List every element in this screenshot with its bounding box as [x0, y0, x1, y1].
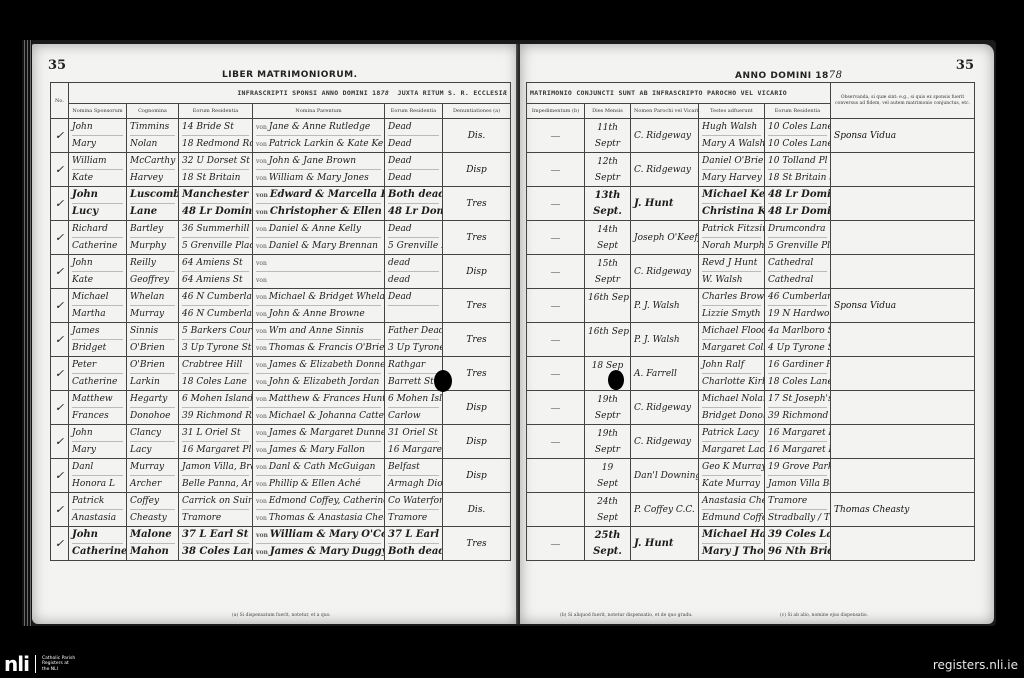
- entry-tick: ✓: [51, 187, 69, 221]
- observations-cell: [831, 391, 975, 425]
- bride-surname: Murphy: [130, 238, 175, 254]
- observations-cell: [831, 459, 975, 493]
- groom-parents: vonWm and Anne Sinnis: [256, 323, 381, 340]
- witness-2: W. Walsh: [702, 272, 761, 288]
- witness-2-residence: 96 Nth Bride St: [768, 544, 827, 560]
- groom-residence: 14 Bride St: [182, 119, 249, 136]
- date-cell: 12thSeptr: [585, 153, 631, 187]
- witnesses-cell: Geo K MurrayKate Murray: [699, 459, 765, 493]
- bride-parents: von: [256, 272, 381, 288]
- priest-name: P. J. Walsh: [634, 324, 695, 356]
- entry-tick: ✓: [51, 323, 69, 357]
- groom-parents-residence: Co Waterford: [388, 493, 439, 510]
- register-entry: 19SeptDan'l Downing, Dispensation a Paro…: [527, 459, 975, 493]
- given-names-cell: JamesBridget: [69, 323, 127, 357]
- given-names-cell: PeterCatherine: [69, 357, 127, 391]
- left-banner: INFRASCRIPTI SPONSI ANNO DOMINI 1878 JUX…: [69, 83, 511, 104]
- groom-parents-residence: Both dead: [388, 187, 439, 204]
- witness-2-residence: 16 Margaret Pl: [768, 442, 827, 458]
- witness-1: Patrick Fitzsimons: [702, 221, 761, 238]
- witness-1: Michael Nolan: [702, 391, 761, 408]
- priest-cell: P. J. Walsh: [631, 323, 699, 357]
- bride-parents-residence: 16 Margaret Pl: [388, 442, 439, 458]
- witness-2: Bridget Donohoe: [702, 408, 761, 424]
- col-header-observations: Observanda, si quæ sint: e.g., si quis e…: [831, 83, 975, 119]
- date-day: 11th: [588, 120, 627, 136]
- parents-residence-cell: Co WaterfordTramore: [385, 493, 443, 527]
- bride-parents-residence: Armagh Dio.: [388, 476, 439, 492]
- register-entry: —11thSeptrC. RidgewayHugh WalshMary A Wa…: [527, 119, 975, 153]
- priest-cell: J. Hunt: [631, 527, 699, 561]
- nli-logo: nli: [4, 654, 29, 674]
- priest-cell: P. J. Walsh: [631, 289, 699, 323]
- groom-parents-residence: 6 Mohen Island: [388, 391, 439, 408]
- priest-cell: C. Ridgeway: [631, 153, 699, 187]
- document-viewer: 35 LIBER MATRIMONIORUM. No. INFRASCRIPTI…: [0, 0, 1024, 678]
- groom-surname: Malone: [130, 527, 175, 544]
- given-names-cell: PatrickAnastasia: [69, 493, 127, 527]
- groom-residence: 6 Mohen Island: [182, 391, 249, 408]
- col-header-priest: Nomen Parochi vel Vicarii (c): [631, 104, 699, 119]
- residence-cell: 36 Summerhill Parade5 Grenville Place: [179, 221, 253, 255]
- date-month: Sept.: [588, 544, 627, 560]
- date-month: Sept.: [588, 204, 627, 220]
- groom-parents-residence: dead: [388, 255, 439, 272]
- residence-cell: 31 L Oriel St16 Margaret Pl: [179, 425, 253, 459]
- groom-parents: vonMichael & Bridget Whelan: [256, 289, 381, 306]
- parents-cell: vonDanl & Cath McGuiganvonPhillip & Elle…: [253, 459, 385, 493]
- bride-given-name: Catherine: [72, 544, 123, 560]
- witnesses-cell: Revd J HuntW. Walsh: [699, 255, 765, 289]
- given-names-cell: JohnLucy: [69, 187, 127, 221]
- groom-given-name: Matthew: [72, 391, 123, 408]
- witnesses-cell: Patrick LacyMargaret Lacy: [699, 425, 765, 459]
- register-entry: —19thSeptrC. RidgewayMichael NolanBridge…: [527, 391, 975, 425]
- given-names-cell: MichaelMartha: [69, 289, 127, 323]
- entry-tick: ✓: [51, 289, 69, 323]
- priest-name: P. Coffey C.C. Tramore: [634, 494, 695, 526]
- date-month: Sept: [588, 476, 627, 492]
- surnames-cell: ClancyLacy: [127, 425, 179, 459]
- right-banner: MATRIMONIO CONJUNCTI SUNT AB INFRASCRIPT…: [527, 83, 831, 104]
- register-entry: ✓JohnLucyLuscombeLaneManchester48 Lr Dom…: [51, 187, 511, 221]
- bride-residence: 16 Margaret Pl: [182, 442, 249, 458]
- witness-2-residence: 18 Coles Lane: [768, 374, 827, 390]
- parents-residence-cell: 6 Mohen IslandCarlow: [385, 391, 443, 425]
- bride-parents-residence: 3 Up Tyrone St: [388, 340, 439, 356]
- observations-cell: [831, 527, 975, 561]
- groom-given-name: James: [72, 323, 123, 340]
- bride-surname: Nolan: [130, 136, 175, 152]
- bride-surname: Geoffrey: [130, 272, 175, 288]
- witness-2: Kate Murray: [702, 476, 761, 492]
- bride-parents: vonMichael & Johanna Cattell: [256, 408, 381, 424]
- witness-2: Mary Harvey: [702, 170, 761, 186]
- witness-2-residence: Jamon Villa Belfast: [768, 476, 827, 492]
- surnames-cell: MurrayArcher: [127, 459, 179, 493]
- groom-surname: Bartley: [130, 221, 175, 238]
- parents-residence-cell: DeadDead: [385, 153, 443, 187]
- right-footnote-c: (c) Si ab alio, nomine ejus dispensatio.: [780, 613, 868, 618]
- impediment-cell: —: [527, 425, 585, 459]
- impediment-cell: —: [527, 221, 585, 255]
- groom-given-name: John: [72, 425, 123, 442]
- impediment-cell: —: [527, 187, 585, 221]
- witness-1: Michael Flood: [702, 323, 761, 340]
- bride-given-name: Mary: [72, 442, 123, 458]
- date-month: Septr: [588, 442, 627, 458]
- witness-residence-cell: 39 Coles Lane96 Nth Bride St: [765, 527, 831, 561]
- groom-parents: vonEdward & Marcella Byrne: [256, 187, 381, 204]
- banns-cell: Dis.: [443, 493, 511, 527]
- priest-cell: A. Farrell: [631, 357, 699, 391]
- witness-1-residence: 39 Coles Lane: [768, 527, 827, 544]
- residence-cell: Manchester48 Lr Dominick St: [179, 187, 253, 221]
- left-page: 35 LIBER MATRIMONIORUM. No. INFRASCRIPTI…: [32, 44, 518, 624]
- banns-cell: Tres: [443, 289, 511, 323]
- parents-cell: vonJane & Anne RutledgevonPatrick Larkin…: [253, 119, 385, 153]
- witness-1: Geo K Murray: [702, 459, 761, 476]
- register-book-spread: 35 LIBER MATRIMONIORUM. No. INFRASCRIPTI…: [22, 40, 996, 626]
- impediment-cell: [527, 459, 585, 493]
- parents-cell: vonDaniel & Anne KellyvonDaniel & Mary B…: [253, 221, 385, 255]
- register-entry: —18 SepA. FarrellJohn RalfCharlotte Kirb…: [527, 357, 975, 391]
- witness-2: Lizzie Smyth: [702, 306, 761, 322]
- bride-residence: 18 Coles Lane: [182, 374, 249, 390]
- banns-cell: Tres: [443, 323, 511, 357]
- brand-divider: [35, 655, 36, 673]
- surnames-cell: LuscombeLane: [127, 187, 179, 221]
- groom-given-name: Michael: [72, 289, 123, 306]
- impediment-cell: —: [527, 357, 585, 391]
- witness-1: Charles Browne: [702, 289, 761, 306]
- priest-cell: Dan'l Downing, Dispensation a Parochi Ar…: [631, 459, 699, 493]
- banns-cell: Disp: [443, 255, 511, 289]
- parents-cell: vonWm and Anne SinnisvonThomas & Francis…: [253, 323, 385, 357]
- bride-residence: Belle Panna, Armagh: [182, 476, 249, 492]
- register-entry: —12thSeptrC. RidgewayDaniel O'BrienMary …: [527, 153, 975, 187]
- right-page-number: 35: [956, 58, 974, 73]
- witness-2: Norah Murphy: [702, 238, 761, 254]
- number-column-header: No.: [51, 83, 69, 119]
- bride-residence: 3 Up Tyrone St: [182, 340, 249, 356]
- banns-cell: Tres: [443, 187, 511, 221]
- residence-cell: Crabtree Hill18 Coles Lane: [179, 357, 253, 391]
- surnames-cell: TimminsNolan: [127, 119, 179, 153]
- observations-cell: [831, 153, 975, 187]
- witness-1-residence: 10 Tolland Pl: [768, 153, 827, 170]
- parents-residence-cell: deaddead: [385, 255, 443, 289]
- groom-given-name: John: [72, 187, 123, 204]
- brand-tagline: Catholic Parish Registers at the NLI: [42, 656, 76, 673]
- date-month: Septr: [588, 408, 627, 424]
- bride-parents: vonDaniel & Mary Brennan: [256, 238, 381, 254]
- witness-1: Michael Harvey: [702, 527, 761, 544]
- groom-surname: Whelan: [130, 289, 175, 306]
- groom-parents-residence: Dead: [388, 153, 439, 170]
- date-day: 16th Sep: [588, 290, 627, 306]
- register-entry: ✓JohnMaryClancyLacy31 L Oriel St16 Marga…: [51, 425, 511, 459]
- witness-2-residence: 5 Grenville Place: [768, 238, 827, 254]
- banns-cell: Tres: [443, 527, 511, 561]
- priest-cell: P. Coffey C.C. Tramore: [631, 493, 699, 527]
- residence-cell: 14 Bride St18 Redmond Row: [179, 119, 253, 153]
- surnames-cell: McCarthyHarvey: [127, 153, 179, 187]
- entry-tick: ✓: [51, 425, 69, 459]
- entry-tick: ✓: [51, 221, 69, 255]
- groom-parents-residence: Rathgar: [388, 357, 439, 374]
- priest-name: J. Hunt: [634, 188, 695, 220]
- bride-given-name: Honora L: [72, 476, 123, 492]
- parents-cell: vonMatthew & Frances HuntvonMichael & Jo…: [253, 391, 385, 425]
- given-names-cell: JohnKate: [69, 255, 127, 289]
- groom-parents-residence: Dead: [388, 221, 439, 238]
- bride-parents-residence: 5 Grenville Place: [388, 238, 439, 254]
- bride-given-name: Kate: [72, 272, 123, 288]
- bride-given-name: Catherine: [72, 238, 123, 254]
- witnesses-cell: Michael FloodMargaret Colleton: [699, 323, 765, 357]
- witness-residence-cell: 10 Coles Lane10 Coles Lane: [765, 119, 831, 153]
- bride-parents: vonThomas & Anastasia Cheasty, Bridget R…: [256, 510, 381, 526]
- witness-1-residence: 16 Gardiner Pl: [768, 357, 827, 374]
- priest-name: Dan'l Downing, Dispensation a Parochi Ar…: [634, 460, 695, 492]
- groom-residence: Crabtree Hill: [182, 357, 249, 374]
- date-day: 15th: [588, 256, 627, 272]
- register-entry: —25thSept.J. HuntMichael HarveyMary J Th…: [527, 527, 975, 561]
- given-names-cell: JohnMary: [69, 119, 127, 153]
- witnesses-cell: Charles BrowneLizzie Smyth: [699, 289, 765, 323]
- date-day: 18 Sep: [588, 358, 627, 374]
- witness-1-residence: Tramore: [768, 493, 827, 510]
- witness-1-residence: 16 Margaret Pl: [768, 425, 827, 442]
- bride-residence: 48 Lr Dominick St: [182, 204, 249, 220]
- bride-parents: vonPatrick Larkin & Kate Kenny: [256, 136, 381, 152]
- parents-cell: vonWilliam & Mary O'ConnorvonJames & Mar…: [253, 527, 385, 561]
- witness-2: Margaret Lacy: [702, 442, 761, 458]
- witness-residence-cell: 46 Cumberland St19 N Hardwood St: [765, 289, 831, 323]
- entry-tick: ✓: [51, 357, 69, 391]
- groom-parents: vonJames & Elizabeth Donnelly: [256, 357, 381, 374]
- col-header-witness-residence: Eorum Residentia: [765, 104, 831, 119]
- residence-cell: 32 U Dorset St18 St Britain: [179, 153, 253, 187]
- witness-residence-cell: 4a Marlboro St4 Up Tyrone St: [765, 323, 831, 357]
- witness-residence-cell: 16 Gardiner Pl18 Coles Lane: [765, 357, 831, 391]
- bride-surname: Archer: [130, 476, 175, 492]
- witness-residence-cell: 48 Lr Dominick St48 Lr Dominick St: [765, 187, 831, 221]
- parents-cell: vonMichael & Bridget WhelanvonJohn & Ann…: [253, 289, 385, 323]
- register-entry: —13thSept.J. HuntMichael KeoghChristina …: [527, 187, 975, 221]
- bride-parents-residence: dead: [388, 272, 439, 288]
- register-entry: ✓DanlHonora LMurrayArcherJamon Villa, Br…: [51, 459, 511, 493]
- register-entry: —15thSeptrC. RidgewayRevd J HuntW. Walsh…: [527, 255, 975, 289]
- witness-residence-cell: 10 Tolland Pl18 St Britain St: [765, 153, 831, 187]
- date-day: 14th: [588, 222, 627, 238]
- banns-cell: Disp: [443, 459, 511, 493]
- bride-residence: 46 N Cumberland St: [182, 306, 249, 322]
- date-month: Septr: [588, 272, 627, 288]
- impediment-cell: —: [527, 289, 585, 323]
- impediment-cell: —: [527, 323, 585, 357]
- groom-parents: vonEdmond Coffey, Catherine Power: [256, 493, 381, 510]
- groom-parents-residence: Dead: [388, 119, 439, 136]
- observations-cell: [831, 255, 975, 289]
- col-header-witnesses: Testes adfuerunt: [699, 104, 765, 119]
- date-cell: 19thSeptr: [585, 391, 631, 425]
- residence-cell: 46 N Cumberland St46 N Cumberland St: [179, 289, 253, 323]
- observations-cell: Sponsa Vidua: [831, 289, 975, 323]
- witness-2-residence: 48 Lr Dominick St: [768, 204, 827, 220]
- observations-cell: Sponsa Vidua: [831, 119, 975, 153]
- entry-tick: ✓: [51, 459, 69, 493]
- entry-tick: ✓: [51, 527, 69, 561]
- groom-residence: Carrick on Suir: [182, 493, 249, 510]
- priest-cell: C. Ridgeway: [631, 391, 699, 425]
- registers-site-link[interactable]: registers.nli.ie: [933, 658, 1018, 672]
- groom-residence: Jamon Villa, Brandon, Belfast: [182, 459, 249, 476]
- bride-residence: 18 Redmond Row: [182, 136, 249, 152]
- bride-parents-residence: Barrett St: [388, 374, 439, 390]
- bride-parents: vonThomas & Francis O'Brien: [256, 340, 381, 356]
- groom-parents: vonMatthew & Frances Hunt: [256, 391, 381, 408]
- given-names-cell: JohnCatherine: [69, 527, 127, 561]
- priest-cell: J. Hunt: [631, 187, 699, 221]
- groom-given-name: William: [72, 153, 123, 170]
- date-day: 16th Sep: [588, 324, 627, 340]
- witness-2-residence: 39 Richmond Rd: [768, 408, 827, 424]
- bride-parents: vonPhillip & Ellen Aché: [256, 476, 381, 492]
- witness-residence-cell: TramoreStradbally / Tramore: [765, 493, 831, 527]
- observations-cell: [831, 425, 975, 459]
- parents-cell: vonJames & Elizabeth DonnellyvonJohn & E…: [253, 357, 385, 391]
- parents-residence-cell: BelfastArmagh Dio.: [385, 459, 443, 493]
- given-names-cell: MatthewFrances: [69, 391, 127, 425]
- ink-blot-right: [608, 370, 624, 390]
- witness-residence-cell: 16 Margaret Pl16 Margaret Pl: [765, 425, 831, 459]
- groom-parents-residence: 37 L Earl St: [388, 527, 439, 544]
- col-header-banns: Denuntiationes (a): [443, 104, 511, 119]
- entry-tick: ✓: [51, 493, 69, 527]
- bride-parents-residence: Carlow: [388, 408, 439, 424]
- witness-1: Anastasia Cheasty: [702, 493, 761, 510]
- witness-1-residence: 19 Grove Park: [768, 459, 827, 476]
- groom-surname: Hegarty: [130, 391, 175, 408]
- witnesses-cell: Hugh WalshMary A Walsh: [699, 119, 765, 153]
- register-entry: ✓MichaelMarthaWhelanMurray46 N Cumberlan…: [51, 289, 511, 323]
- date-cell: 19Sept: [585, 459, 631, 493]
- register-entry: ✓RichardCatherineBartleyMurphy36 Summerh…: [51, 221, 511, 255]
- date-cell: 24thSept: [585, 493, 631, 527]
- col-header-impediment: Impedimentum (b): [527, 104, 585, 119]
- bride-residence: 64 Amiens St: [182, 272, 249, 288]
- groom-surname: Coffey: [130, 493, 175, 510]
- parents-residence-cell: Dead: [385, 289, 443, 323]
- surnames-cell: O'BrienLarkin: [127, 357, 179, 391]
- date-day: 24th: [588, 494, 627, 510]
- bride-parents: vonJames & Mary Fallon: [256, 442, 381, 458]
- groom-parents-residence: Belfast: [388, 459, 439, 476]
- bride-parents: vonJohn & Anne Browne: [256, 306, 381, 322]
- groom-parents: vonDanl & Cath McGuigan: [256, 459, 381, 476]
- surnames-cell: SinnisO'Brien: [127, 323, 179, 357]
- register-entry: ✓JohnCatherineMaloneMahon37 L Earl St38 …: [51, 527, 511, 561]
- priest-name: C. Ridgeway: [634, 426, 695, 458]
- residence-cell: 6 Mohen Island39 Richmond Rd: [179, 391, 253, 425]
- marriage-register-left-table: No. INFRASCRIPTI SPONSI ANNO DOMINI 1878…: [50, 82, 511, 561]
- observations-cell: [831, 357, 975, 391]
- date-month: Sept: [588, 238, 627, 254]
- groom-surname: Reilly: [130, 255, 175, 272]
- bride-surname: O'Brien: [130, 340, 175, 356]
- surnames-cell: WhelanMurray: [127, 289, 179, 323]
- groom-given-name: John: [72, 119, 123, 136]
- witness-2-residence: Cathedral: [768, 272, 827, 288]
- register-entry: ✓WilliamKateMcCarthyHarvey32 U Dorset St…: [51, 153, 511, 187]
- residence-cell: Jamon Villa, Brandon, BelfastBelle Panna…: [179, 459, 253, 493]
- right-page: 35 ANNO DOMINI 1878 MATRIMONIO CONJUNCTI…: [520, 44, 994, 624]
- date-day: 25th: [588, 528, 627, 544]
- groom-parents-residence: Dead: [388, 289, 439, 306]
- witness-2-residence: 19 N Hardwood St: [768, 306, 827, 322]
- nli-brand: nli Catholic Parish Registers at the NLI: [4, 654, 76, 674]
- witness-1: Revd J Hunt: [702, 255, 761, 272]
- register-entry: ✓PatrickAnastasiaCoffeyCheastyCarrick on…: [51, 493, 511, 527]
- date-month: Septr: [588, 136, 627, 152]
- date-cell: 16th Sep: [585, 323, 631, 357]
- groom-given-name: Danl: [72, 459, 123, 476]
- parents-residence-cell: 37 L Earl StBoth dead: [385, 527, 443, 561]
- bride-parents: vonWilliam & Mary Jones: [256, 170, 381, 186]
- witness-residence-cell: 17 St Joseph's Rd39 Richmond Rd: [765, 391, 831, 425]
- date-day: 19th: [588, 426, 627, 442]
- col-header-date: Dies Mensis: [585, 104, 631, 119]
- register-entry: ✓JohnKateReillyGeoffrey64 Amiens St64 Am…: [51, 255, 511, 289]
- date-month: [588, 306, 627, 322]
- groom-parents: vonJane & Anne Rutledge: [256, 119, 381, 136]
- given-names-cell: WilliamKate: [69, 153, 127, 187]
- bride-residence: 39 Richmond Rd: [182, 408, 249, 424]
- bride-parents-residence: 48 Lr Dominick St: [388, 204, 439, 220]
- banns-cell: Tres: [443, 357, 511, 391]
- bride-parents: vonChristopher & Ellen Cloak: [256, 204, 381, 220]
- banns-cell: Disp: [443, 153, 511, 187]
- groom-residence: 37 L Earl St: [182, 527, 249, 544]
- date-cell: 13thSept.: [585, 187, 631, 221]
- bride-parents-residence: Tramore: [388, 510, 439, 526]
- witness-2: Mary A Walsh: [702, 136, 761, 152]
- banns-cell: Tres: [443, 221, 511, 255]
- bride-surname: Donohoe: [130, 408, 175, 424]
- date-day: 19th: [588, 392, 627, 408]
- observations-cell: [831, 323, 975, 357]
- banns-cell: Dis.: [443, 119, 511, 153]
- date-cell: 14thSept: [585, 221, 631, 255]
- col-header-parents-residence: Eorum Residentia: [385, 104, 443, 119]
- witness-1-residence: Drumcondra: [768, 221, 827, 238]
- groom-surname: Luscombe: [130, 187, 175, 204]
- given-names-cell: JohnMary: [69, 425, 127, 459]
- parents-cell: vonvon: [253, 255, 385, 289]
- groom-parents: vonJames & Margaret Dunne: [256, 425, 381, 442]
- date-month: [588, 340, 627, 356]
- groom-given-name: Patrick: [72, 493, 123, 510]
- witness-residence-cell: 19 Grove ParkJamon Villa Belfast: [765, 459, 831, 493]
- register-entry: —19thSeptrC. RidgewayPatrick LacyMargare…: [527, 425, 975, 459]
- banns-cell: Disp: [443, 391, 511, 425]
- surnames-cell: MaloneMahon: [127, 527, 179, 561]
- bride-parents-residence: Dead: [388, 136, 439, 152]
- witness-2: Mary J Thornton: [702, 544, 761, 560]
- register-entry: —16th SepP. J. WalshCharles BrowneLizzie…: [527, 289, 975, 323]
